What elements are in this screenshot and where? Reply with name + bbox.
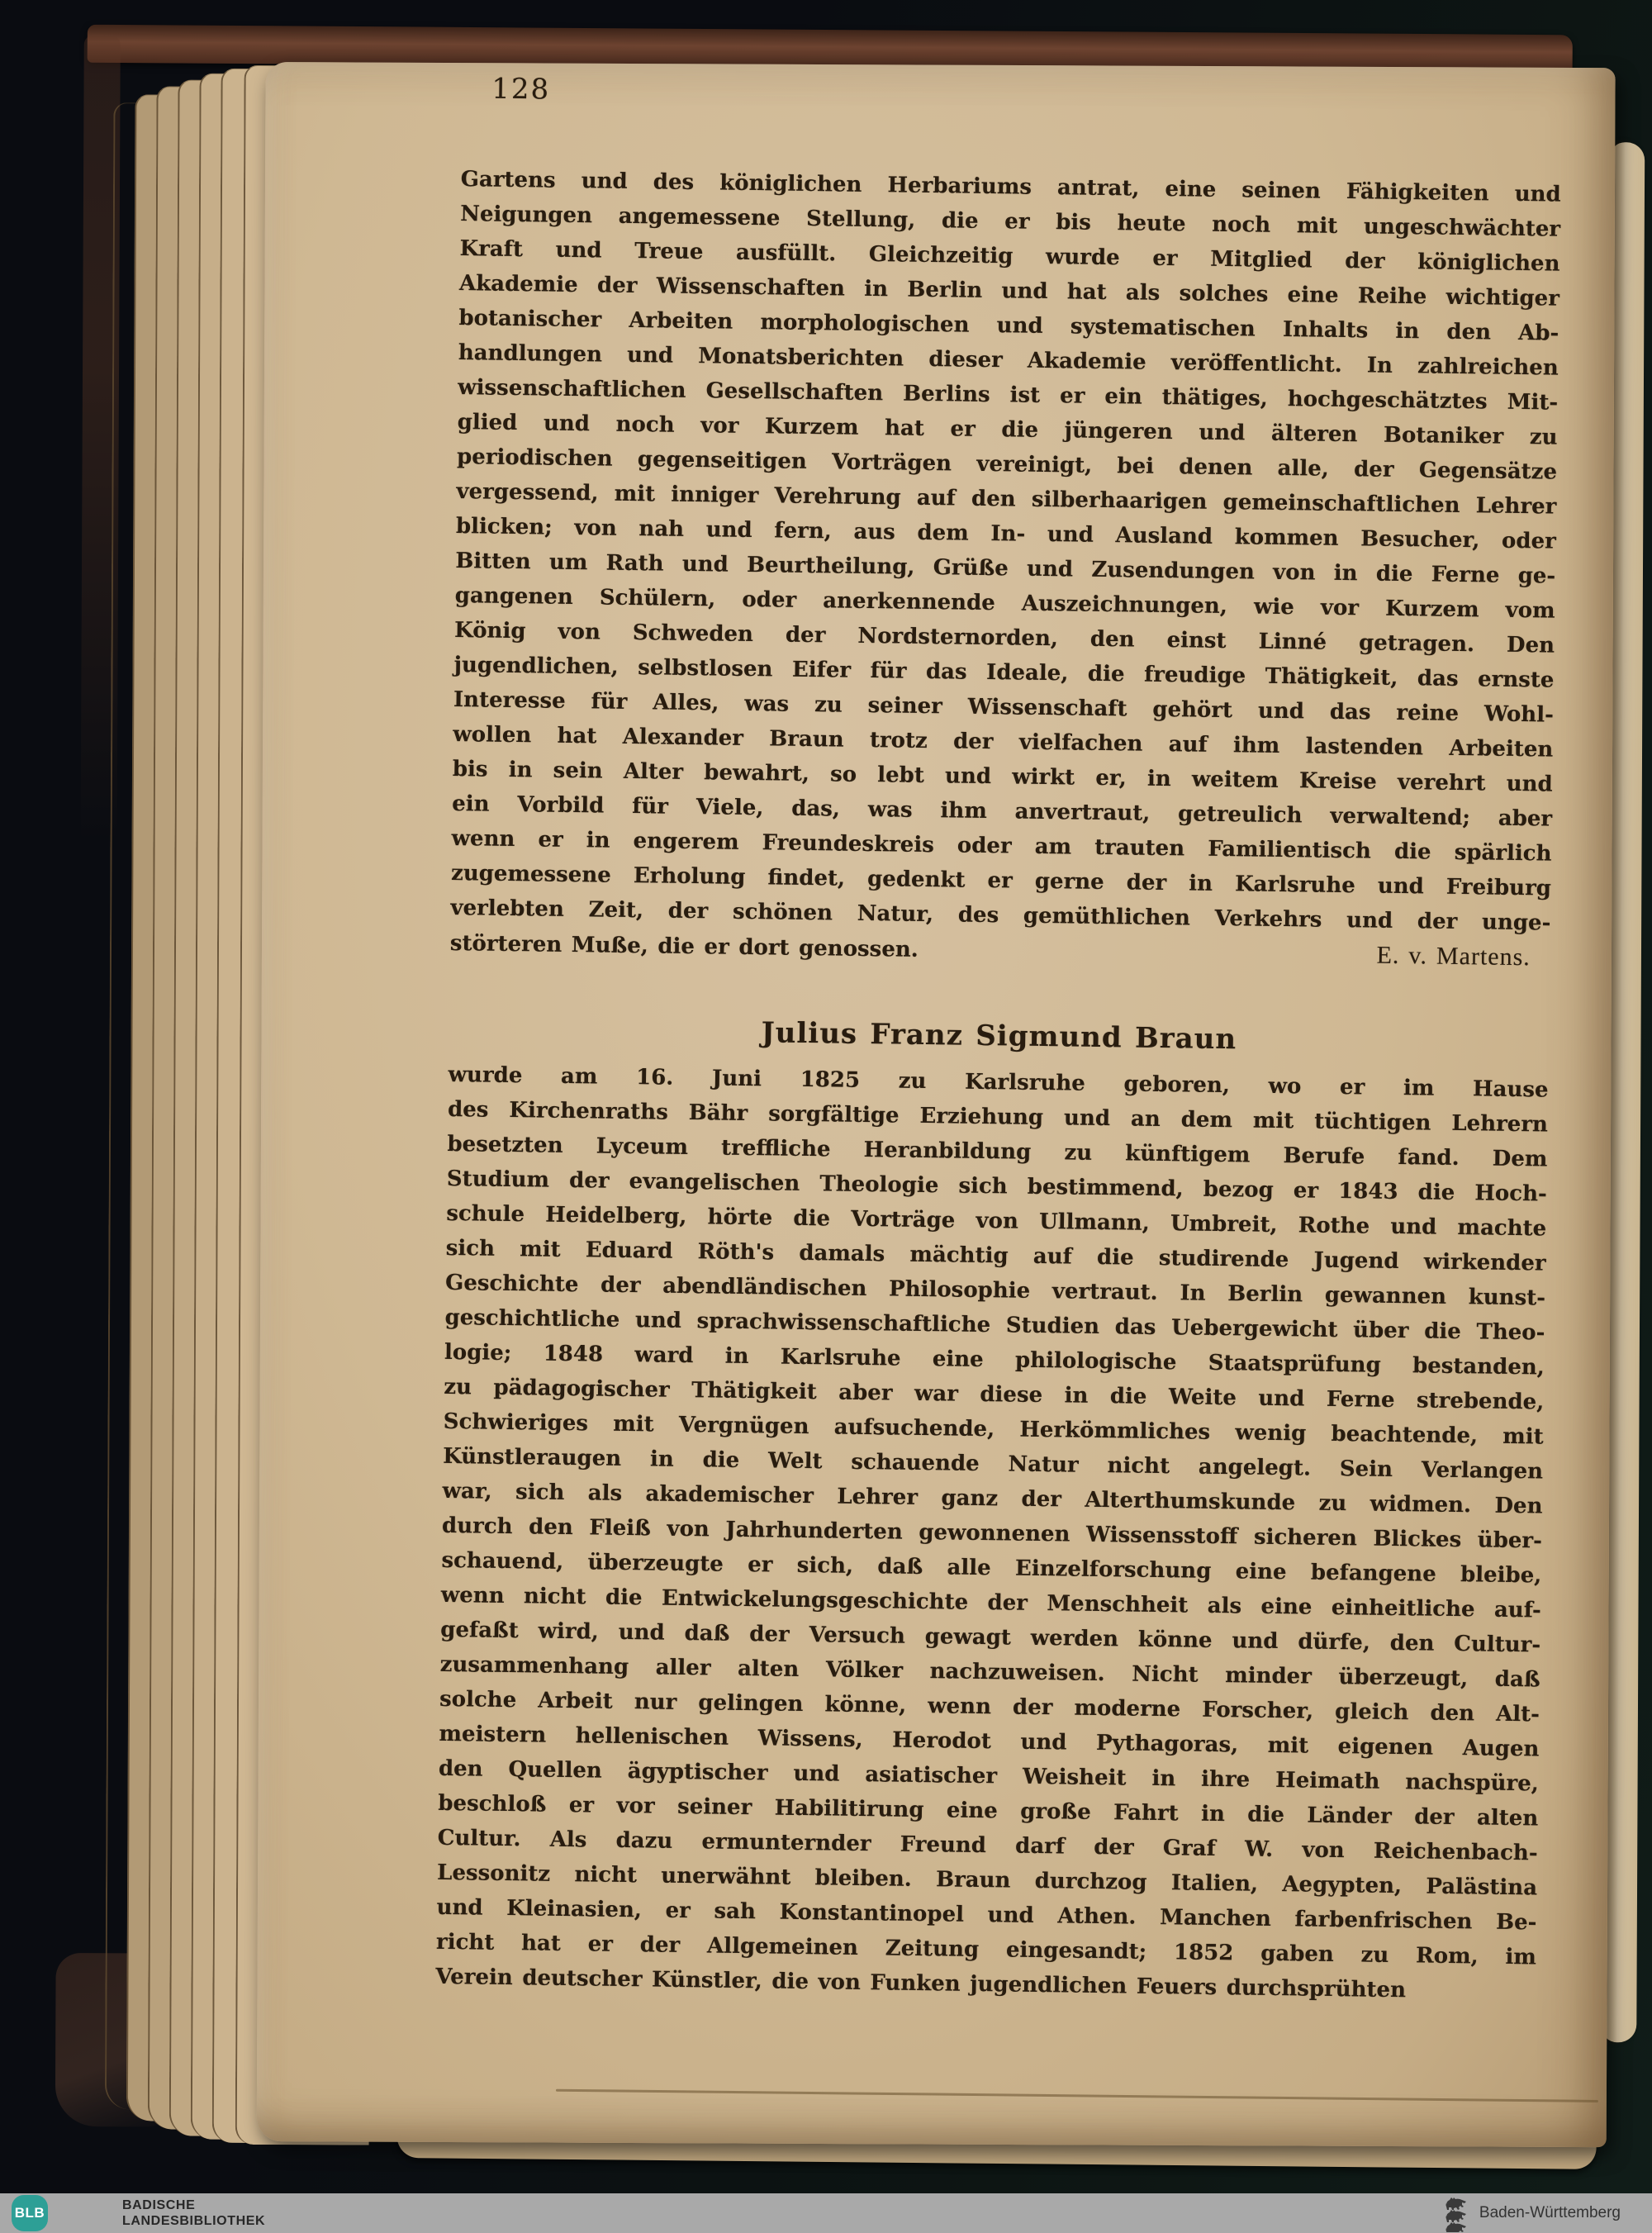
section-heading: Julius Franz Sigmund Braun <box>449 1005 1550 1068</box>
bw-lions-icon <box>1445 2194 1469 2232</box>
paragraph-last-line: störteren Muße, die er dort genossen. <box>450 926 919 967</box>
state-logo-group: Baden-Württemberg <box>1445 2193 1621 2233</box>
scan-viewer: 128 Gartens und des königlichen Herbariu… <box>0 0 1652 2233</box>
blb-logo-icon: BLB <box>12 2195 48 2231</box>
state-name-label: Baden-Württemberg <box>1479 2204 1621 2222</box>
paragraph-martens: Gartens und des königlichen Herbariums a… <box>450 162 1561 941</box>
library-name-line1: BADISCHE <box>122 2197 265 2213</box>
paragraph-braun: wurde am 16. Juni 1825 zu Karlsruhe gebo… <box>436 1057 1549 1974</box>
library-footer-bar: BLB BADISCHE LANDESBIBLIOTHEK Baden-Würt… <box>0 2193 1652 2233</box>
library-name: BADISCHE LANDESBIBLIOTHEK <box>122 2197 265 2229</box>
book: 128 Gartens und des königlichen Herbariu… <box>0 0 1652 2233</box>
printed-text-block: 128 Gartens und des königlichen Herbariu… <box>435 71 1562 2009</box>
author-signature: E. v. Martens. <box>1376 938 1550 976</box>
library-name-line2: LANDESBIBLIOTHEK <box>122 2213 265 2229</box>
